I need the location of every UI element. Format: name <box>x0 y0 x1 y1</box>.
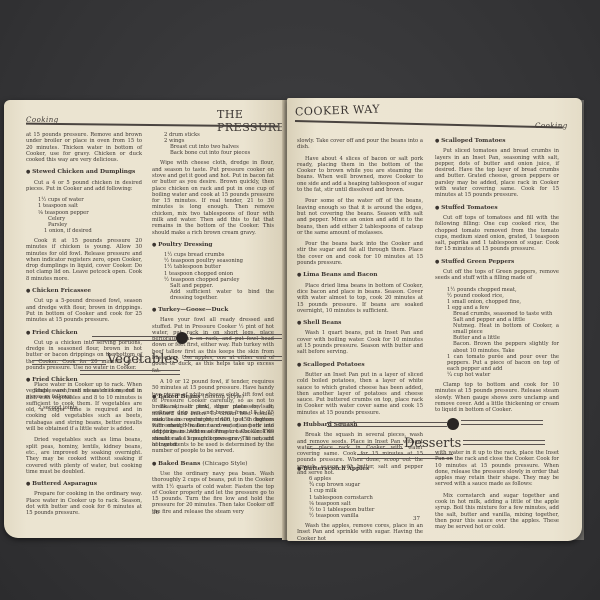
ingredient-list: 6 apples ¾ cup brown sugar 1 cup milk 1 … <box>309 476 423 519</box>
ingredient: Add sufficient water to bind the dressin… <box>164 289 274 301</box>
divider-line <box>463 444 545 445</box>
paragraph: Clamp top to bottom and cook for 10 minu… <box>435 382 559 413</box>
paragraph: with water in it up to the rack, place t… <box>435 450 559 488</box>
right-page: COOKER WAY Cooking slowly. Take cover of… <box>287 98 582 541</box>
divider-line <box>307 448 403 449</box>
divider-line <box>80 374 180 375</box>
section-title: Desserts <box>404 436 461 451</box>
divider-line <box>184 360 282 361</box>
paragraph: Beans, salt pork, sugar molasses, salt, … <box>152 404 274 454</box>
divider-line <box>184 356 282 357</box>
ingredient: 1 onion, if desired <box>38 228 142 234</box>
paragraph: Put sliced tomatoes and bread crumbs in … <box>435 148 559 198</box>
divider-line <box>327 422 447 423</box>
ingredient-list: 1½ cups of water 1 teaspoon salt ⅛ teasp… <box>38 197 142 234</box>
paragraph: Cut a 4 or 5 pound chicken in desired pi… <box>26 180 142 193</box>
divider-line <box>461 420 543 421</box>
section-divider-vegetables: Vegetables <box>4 330 286 380</box>
recipe-title: Lima Beans and Bacon <box>297 272 423 278</box>
divider-line <box>463 440 545 441</box>
divider-line <box>307 444 403 445</box>
ingredient: Bacon. Brown the peppers slightly for ab… <box>447 341 559 353</box>
section-title: Vegetables <box>107 352 179 367</box>
recipe-title: Baked Beans (Chicago Style) <box>152 461 274 467</box>
recipe-title-text: Baked Beans <box>158 461 200 467</box>
paragraph: slowly. Take cover off and pour the bean… <box>297 138 423 151</box>
ingredient-list: 1½ pounds chopped meat, ½ pound cooked r… <box>447 287 559 378</box>
recipe-title: Stewed Chicken and Dumplings <box>26 169 142 175</box>
recipe-title: Baked Beans (Boston Style) <box>152 394 274 400</box>
recipe-title: Butterscotch Apples <box>297 466 423 472</box>
header-rule <box>295 120 563 128</box>
ingredient: ¼ cup hot water <box>447 372 559 378</box>
recipe-title: Buttered Asparagus <box>26 481 142 487</box>
ingredient: ½ teaspoon vanilla <box>309 513 423 519</box>
paragraph: Mix cornstarch and sugar together and co… <box>435 493 559 531</box>
divider-line <box>190 338 282 339</box>
divider-line <box>92 336 176 337</box>
recipe-title-text: Baked Beans <box>158 394 200 400</box>
recipe-title: Scalloped Potatoes <box>297 362 423 368</box>
recipe-title: Scalloped Tomatoes <box>435 138 559 144</box>
divider-line <box>461 424 543 425</box>
divider-line <box>32 364 106 365</box>
right-page-column-2: Scalloped Tomatoes Put sliced tomatoes a… <box>435 138 559 419</box>
recipe-title: Stuffed Green Peppers <box>435 259 559 265</box>
paragraph: Use the ordinary navy pea bean. Wash tho… <box>152 471 274 515</box>
divider-line <box>92 340 176 341</box>
recipe-title: Chicken Fricassee <box>26 288 142 294</box>
recipe-subtitle: (Chicago Style) <box>202 461 247 467</box>
divider-line <box>32 360 106 361</box>
paragraph: Prepare for cooking in the ordinary way.… <box>26 491 142 516</box>
paragraph: Place water in Cooker up to rack. When v… <box>26 382 142 432</box>
ingredient-list: 1½ cups bread crumbs ½ teaspoon poultry … <box>164 252 274 301</box>
paragraph: Wipe with cheese cloth, dredge in flour,… <box>152 160 274 236</box>
paragraph: Cut off the tops of Green peppers, remov… <box>435 269 559 282</box>
paragraph: Butter an Inset Pan put in a layer of sl… <box>297 372 423 416</box>
ingredient: Back bone cut into four pieces <box>164 150 274 156</box>
paragraph: Wash 1 quart beans, put in Inset Pan and… <box>297 330 423 355</box>
recipe-title: Poultry Dressing <box>152 242 274 248</box>
divider-line <box>80 370 180 371</box>
divider-line <box>327 426 447 427</box>
vegetables-column: Place water in Cooker up to rack. When v… <box>26 382 142 522</box>
paragraph: Pour the beans back into the Cooker and … <box>297 241 423 266</box>
ingredient-list: 2 drum sticks 2 wings Breast cut into tw… <box>164 132 274 156</box>
baked-beans-column: Baked Beans (Boston Style) Beans, salt p… <box>152 388 274 520</box>
recipe-title: Turkey—Goose—Duck <box>152 307 274 313</box>
paragraph: Wash the apples, remove cores, place in … <box>297 523 423 541</box>
recipe-title: Shell Beans <box>297 320 423 326</box>
paragraph: Cut off tops of tomatoes and fill with t… <box>435 215 559 253</box>
recipe-subtitle: (Boston Style) <box>202 394 244 400</box>
paragraph: Cut up a 5-pound dressed fowl, season an… <box>26 298 142 323</box>
divider-dot <box>176 332 188 344</box>
divider-dot <box>447 418 459 430</box>
page-number: 37 <box>413 516 420 522</box>
paragraph: Have about 4 slices of bacon or salt por… <box>297 156 423 194</box>
desserts-column: Butterscotch Apples 6 apples ¾ cup brown… <box>297 466 423 541</box>
paragraph: Place dried lima beans in bottom of Cook… <box>297 283 423 314</box>
divider-line <box>190 334 282 335</box>
paragraph: Cook it at 15 pounds pressure 20 minutes… <box>26 238 142 282</box>
page-number: 36 <box>152 510 159 516</box>
paragraph: at 15 pounds pressure. Remove and brown … <box>26 132 142 163</box>
paragraph: Dried vegetables such as lima beans, spl… <box>26 437 142 475</box>
recipe-title: Stuffed Tomatoes <box>435 205 559 211</box>
desserts-column-2: with water in it up to the rack, place t… <box>435 450 559 536</box>
right-header-title: COOKER WAY <box>295 103 380 119</box>
paragraph: Pour some of the water off of the beans,… <box>297 198 423 236</box>
left-page: Cooking THE PRESSURE at 15 pounds pressu… <box>4 100 286 538</box>
left-header-title: THE PRESSURE <box>217 108 286 134</box>
ingredient: Nutmeg. Heat in bottom of Cooker, a smal… <box>447 323 559 335</box>
ingredient: 1 can tomato purée and pour over the pep… <box>447 354 559 372</box>
